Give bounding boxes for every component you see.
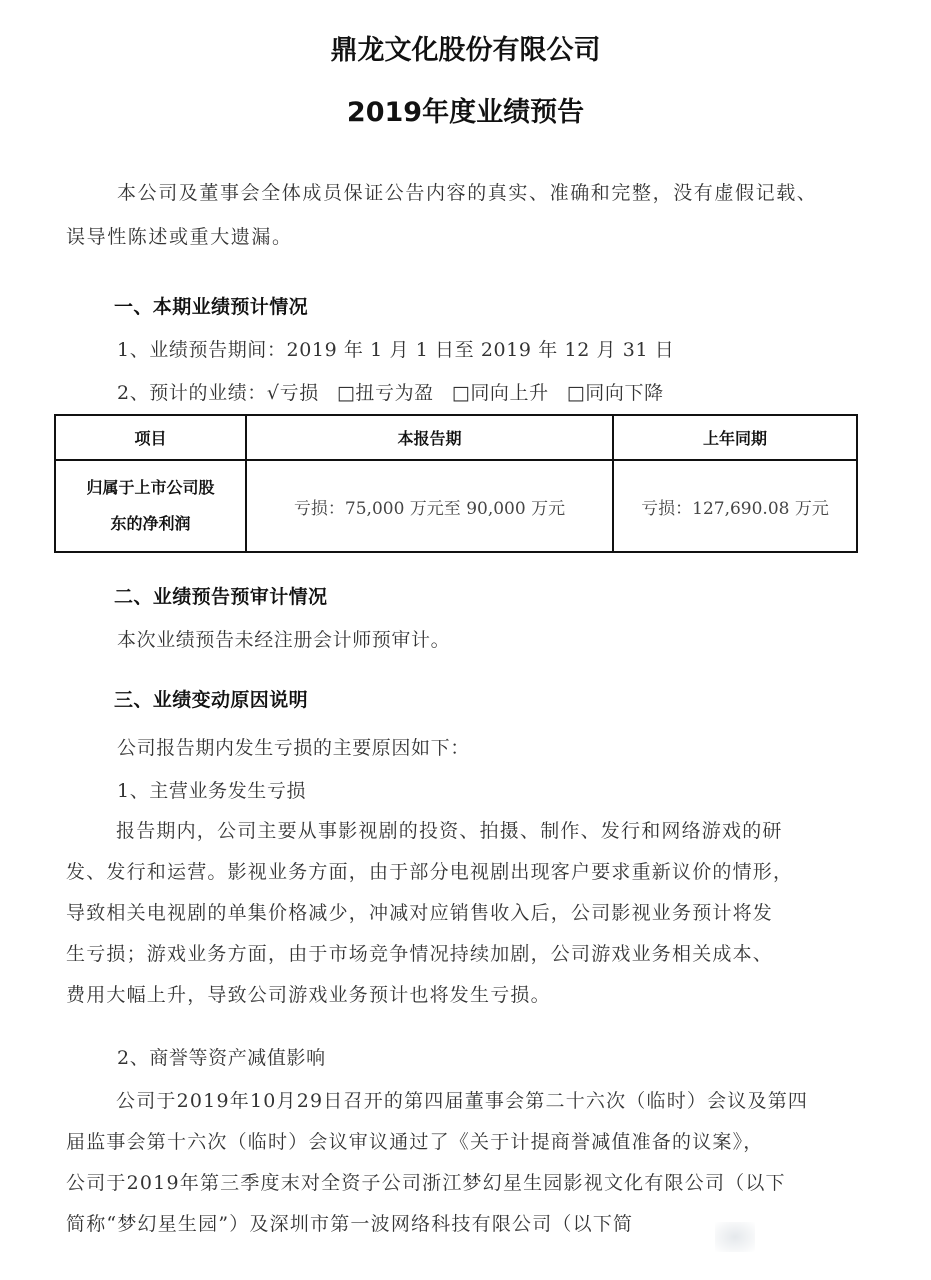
- subsection-1-heading: 1、主营业务发生亏损: [117, 776, 306, 803]
- paragraph-line: 生亏损；游戏业务方面，由于市场竞争情况持续加剧，公司游戏业务相关成本、: [66, 934, 866, 975]
- subsection-2-paragraph: 公司于2019年10月29日召开的第四届董事会第二十六次（临时）会议及第四 届监…: [66, 1081, 866, 1245]
- forecast-period-value: 2019 年 1 月 1 日至 2019 年 12 月 31 日: [287, 339, 675, 361]
- section-3-intro: 公司报告期内发生亏损的主要原因如下：: [117, 733, 470, 760]
- option-decrease: □同向下降: [567, 382, 664, 404]
- paragraph-line: 公司于2019年第三季度末对全资子公司浙江梦幻星生园影视文化有限公司（以下: [66, 1163, 866, 1204]
- section-2-heading: 二、业绩预告预审计情况: [114, 582, 327, 609]
- paragraph-line: 费用大幅上升，导致公司游戏业务预计也将发生亏损。: [66, 975, 866, 1016]
- company-title: 鼎龙文化股份有限公司: [0, 28, 931, 67]
- expected-performance-label: 2、预计的业绩：: [117, 382, 267, 404]
- option-increase: □同向上升: [452, 382, 549, 404]
- table-header-prior-period: 上年同期: [614, 416, 856, 461]
- report-title: 2019年度业绩预告: [0, 90, 931, 129]
- paragraph-line: 报告期内，公司主要从事影视剧的投资、拍摄、制作、发行和网络游戏的研: [66, 811, 866, 852]
- section-3-heading: 三、业绩变动原因说明: [114, 685, 308, 712]
- scan-smudge: [715, 1222, 755, 1252]
- paragraph-line: 发、发行和运营。影视业务方面，由于部分电视剧出现客户要求重新议价的情形，: [66, 852, 866, 893]
- row-item-line-2: 东的净利润: [110, 506, 190, 542]
- section-2-text: 本次业绩预告未经注册会计师预审计。: [117, 625, 450, 652]
- forecast-table: 项目 本报告期 上年同期 归属于上市公司股 东的净利润 亏损：75,000 万元…: [54, 414, 858, 553]
- forecast-period-label: 1、业绩预告期间：: [117, 339, 287, 361]
- paragraph-line: 导致相关电视剧的单集价格减少，冲减对应销售收入后，公司影视业务预计将发: [66, 893, 866, 934]
- subsection-2-heading: 2、商誉等资产减值影响: [117, 1043, 326, 1070]
- row-item-line-1: 归属于上市公司股: [86, 470, 214, 506]
- option-turnaround: □扭亏为盈: [337, 382, 434, 404]
- table-header-current-period: 本报告期: [247, 416, 614, 461]
- expected-performance: 2、预计的业绩：√亏损□扭亏为盈□同向上升□同向下降: [117, 378, 682, 405]
- statement-line-2: 误导性陈述或重大遗漏。: [66, 222, 293, 249]
- subsection-1-paragraph: 报告期内，公司主要从事影视剧的投资、拍摄、制作、发行和网络游戏的研 发、发行和运…: [66, 811, 866, 1016]
- paragraph-line: 公司于2019年10月29日召开的第四届董事会第二十六次（临时）会议及第四: [66, 1081, 866, 1122]
- statement-line-1: 本公司及董事会全体成员保证公告内容的真实、准确和完整，没有虚假记载、: [117, 178, 817, 205]
- table-row-item: 归属于上市公司股 东的净利润: [56, 461, 247, 551]
- performance-options: √亏损□扭亏为盈□同向上升□同向下降: [267, 382, 682, 404]
- section-1-heading: 一、本期业绩预计情况: [114, 292, 308, 319]
- table-cell-current-period: 亏损：75,000 万元至 90,000 万元: [247, 461, 614, 551]
- table-header-item: 项目: [56, 416, 247, 461]
- forecast-period: 1、业绩预告期间：2019 年 1 月 1 日至 2019 年 12 月 31 …: [117, 335, 674, 362]
- option-loss: √亏损: [267, 382, 319, 404]
- table-cell-prior-period: 亏损：127,690.08 万元: [614, 461, 856, 551]
- paragraph-line: 届监事会第十六次（临时）会议审议通过了《关于计提商誉减值准备的议案》，: [66, 1122, 866, 1163]
